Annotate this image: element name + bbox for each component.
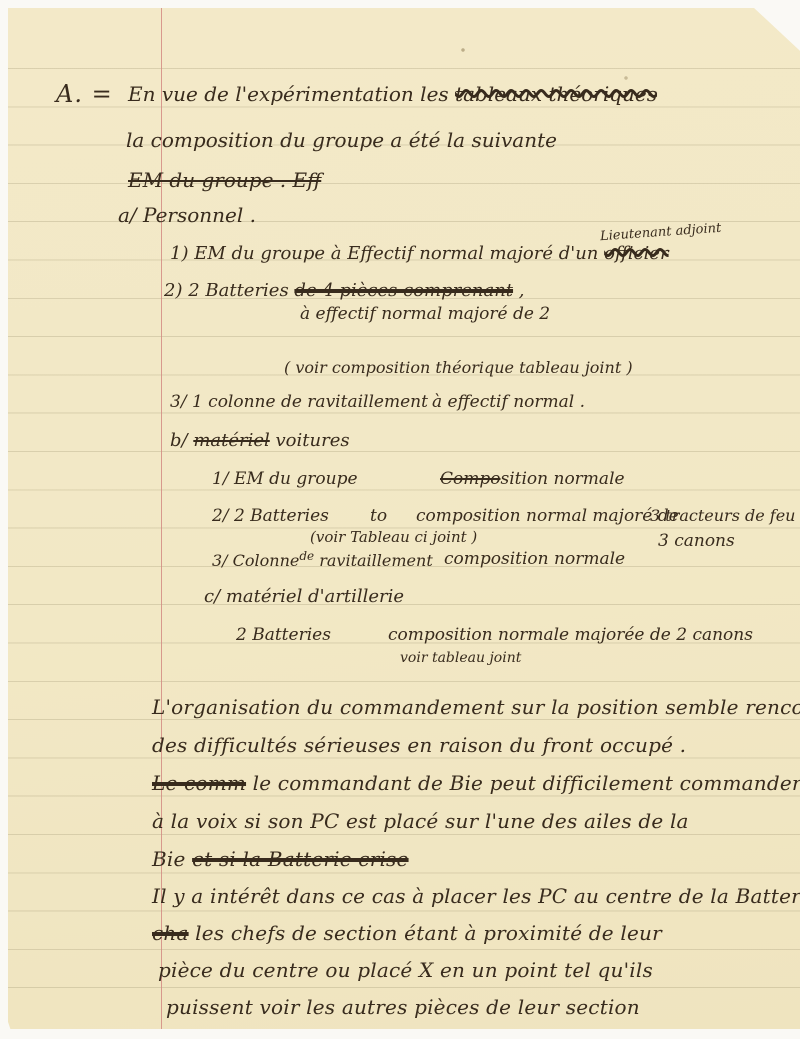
line-text: composition normale: [444, 549, 625, 569]
inserted-word: de: [299, 549, 314, 563]
line-text: sition normale: [500, 469, 624, 489]
line-text: 1) EM du groupe à Effectif normal majoré…: [170, 243, 604, 264]
handwritten-note: (voir Tableau ci joint ): [310, 528, 477, 546]
red-margin-line: [161, 8, 162, 1029]
handwritten-line: EM du groupe . Eff: [128, 168, 321, 192]
handwritten-line: c/ matériel d'artillerie: [204, 586, 404, 607]
handwritten-note: voir tableau joint: [400, 650, 521, 666]
line-text: 3/ Colonne: [212, 551, 299, 570]
paragraph-line: puissent voir les autres pièces de leur …: [166, 995, 640, 1019]
struck-text: de 4 pièces comprenant: [294, 280, 513, 301]
paragraph-line: Le comm le commandant de Bie peut diffic…: [152, 771, 800, 795]
scanned-manuscript: A. = En vue de l'expérimentation les tab…: [0, 0, 800, 1039]
paragraph-line: cha les chefs de section étant à proximi…: [152, 921, 662, 945]
partially-struck-text: Composition normale: [440, 469, 625, 489]
section-label: A. =: [56, 80, 113, 108]
struck-text: Le comm: [152, 771, 246, 795]
handwritten-line: En vue de l'expérimentation les tableaux…: [128, 82, 657, 106]
line-text: 3/ Colonnede ravitaillement: [212, 549, 433, 570]
line-text: 2/ 2 Batteries: [212, 506, 329, 526]
struck-text: officier: [604, 243, 668, 264]
line-text: composition normale majorée de 2 canons: [388, 625, 753, 645]
line-text: ravitaillement: [314, 551, 433, 570]
struck-text: tableaux théoriques: [455, 82, 657, 106]
paragraph-line: à la voix si son PC est placé sur l'une …: [152, 809, 689, 833]
line-text: b/: [170, 430, 193, 451]
paragraph-line: pièce du centre ou placé X en un point t…: [158, 958, 653, 982]
struck-text: cha: [152, 921, 189, 945]
handwritten-note: 3 canons: [658, 531, 735, 551]
line-text: 2 Batteries: [236, 625, 331, 645]
line-text: composition normal majoré de: [416, 506, 679, 526]
line-text: 3 tracteurs de feu: [650, 506, 795, 525]
line-text: le commandant de Bie peut difficilement …: [246, 771, 800, 795]
line-text: ,: [513, 280, 524, 301]
struck-text: Compo: [440, 469, 500, 489]
handwritten-line: a/ Personnel .: [118, 203, 256, 227]
line-text: 1/ EM du groupe: [212, 469, 358, 489]
handwritten-note: ( voir composition théorique tableau joi…: [284, 358, 633, 377]
handwritten-line: la composition du groupe a été la suivan…: [126, 128, 557, 152]
line-text: to: [370, 506, 387, 526]
paragraph-line: Il y a intérêt dans ce cas à placer les …: [152, 884, 800, 908]
line-text: à effectif normal .: [432, 392, 585, 412]
paragraph-line: Bie et si la Batterie crise: [152, 847, 409, 871]
line-text: 2) 2 Batteries: [164, 280, 294, 301]
struck-text: EM du groupe . Eff: [128, 168, 321, 192]
paragraph-line: des difficultés sérieuses en raison du f…: [152, 733, 686, 757]
line-text: Bie: [152, 847, 192, 871]
handwritten-line: à effectif normal majoré de 2: [300, 304, 550, 324]
paragraph-line: L'organisation du commandement sur la po…: [152, 695, 800, 719]
line-text: 3/ 1 colonne de ravitaillement: [170, 392, 428, 412]
handwritten-line: 2) 2 Batteries de 4 pièces comprenant ,: [164, 280, 525, 301]
handwritten-line: b/ matériel voitures: [170, 430, 350, 451]
handwritten-line: 1) EM du groupe à Effectif normal majoré…: [170, 243, 669, 264]
line-text: En vue de l'expérimentation les: [128, 82, 455, 106]
line-text: voitures: [270, 430, 350, 451]
line-text: les chefs de section étant à proximité d…: [189, 921, 662, 945]
struck-text: matériel: [193, 430, 269, 451]
struck-text: et si la Batterie crise: [192, 847, 408, 871]
